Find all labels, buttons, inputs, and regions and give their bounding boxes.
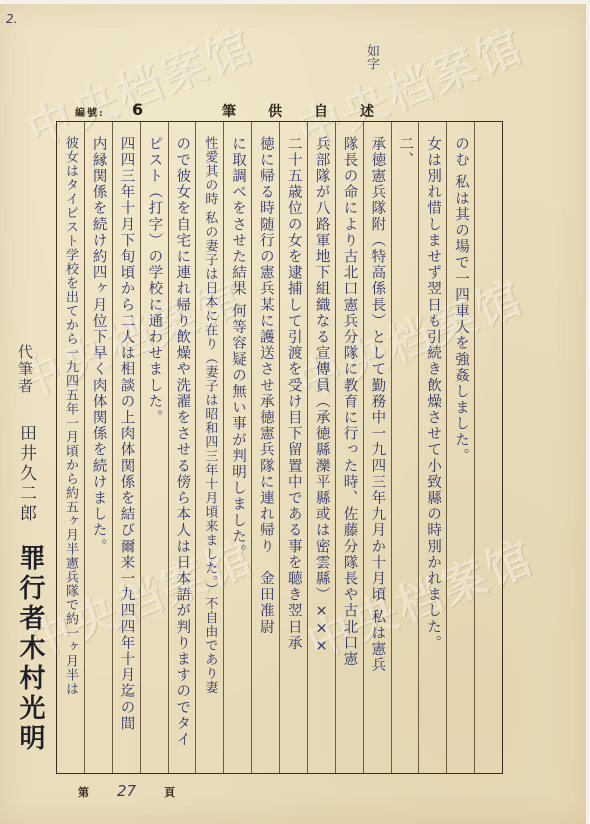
handwritten-line: 二、 [398,136,413,168]
footer-prefix: 第 [78,784,89,800]
manuscript-column: 女は別れ惜しませず翌日も引続き飲燥させて小致縣の時別かれました。 [418,122,446,773]
manuscript-column: 承徳憲兵隊附（特高係長）として勤務中一九四三年九月か十月頃 私は憲兵 [363,122,391,773]
footer-page-number: 27 [117,782,136,800]
handwritten-line: 四四三年十月下旬頃から二人は相談の上肉体関係を結び爾来一九四四年十月迄の間 [119,136,134,732]
proxy-writer-label: 代筆者 [15,344,36,395]
document-title: 筆 供 自 述 [222,101,374,121]
manuscript-column: 徳に帰る時随行の憲兵某に護送させ承徳憲兵隊に連れ帰り 金田准尉 [251,122,279,773]
document-page: 中央档案馆 中央档案馆 中央档案馆 中央档案馆 中央档案馆 中央档案馆 2. 如… [0,4,586,824]
manuscript-grid: のむ 私は其の場で一四車人を強姦しました。女は別れ惜しませず翌日も引続き飲燥させ… [56,121,503,774]
corner-page-number: 2. [6,12,17,26]
top-annotation: 如字 [362,44,381,70]
manuscript-column: 四四三年十月下旬頃から二人は相談の上肉体関係を結び爾来一九四四年十月迄の間 [112,122,140,773]
manuscript-column: 隊長の命により古北口憲兵分隊に教育に行った時、佐藤分隊長や古北口憲 [335,122,363,773]
handwritten-line: 性愛其の時 私の妻子は日本に在り（妻子は昭和四三年十月頃来ました。）不自由であり… [203,136,216,695]
manuscript-column: 彼女はタイピスト学校を出てから一九四五年一月頃から約五ヶ月半憲兵隊で約一ヶ月半は [57,122,84,773]
title-char: 述 [360,101,374,121]
manuscript-column: のむ 私は其の場で一四車人を強姦しました。 [446,122,474,773]
handwritten-line: 内縁関係を続け約四ヶ月位下早く肉体関係を続けました。 [91,136,106,555]
handwritten-line: ので彼女を自宅に連れ帰り飲燥や洗濯をさせる傍ら本人は日本語が判りますのでタイ [175,136,190,748]
manuscript-column: 性愛其の時 私の妻子は日本に在り（妻子は昭和四三年十月頃来ました。）不自由であり… [195,122,223,773]
title-char: 供 [268,101,282,121]
proxy-writer-name: 田井久二郎 [14,424,39,524]
handwritten-line: に取調べをさせた結果 何等容疑の無い事が判明しました。 [230,136,245,561]
handwritten-line: 二十五歳位の女を逮捕して引渡を受け目下留置中である事を聴き翌日承 [286,136,301,651]
manuscript-column: に取調べをさせた結果 何等容疑の無い事が判明しました。 [223,122,251,773]
handwritten-line: 兵部隊が八路軍地下組織なる宣傳員（承徳縣灤平縣或は密雲縣）××× [314,136,329,656]
perpetrator-signature: 罪行者木村光明 [12,544,49,754]
manuscript-column: 二、 [391,122,419,773]
handwritten-line: のむ 私は其の場で一四車人を強姦しました。 [453,136,468,464]
manuscript-column [474,122,502,773]
manuscript-column: 内縁関係を続け約四ヶ月位下早く肉体関係を続けました。 [84,122,112,773]
title-char: 筆 [222,101,236,121]
handwritten-line: ピスト（打字）の学校に通わせました。 [147,136,162,426]
footer-suffix: 頁 [164,784,175,800]
serial-number-label: 編號: [75,104,105,119]
handwritten-line: 隊長の命により古北口憲兵分隊に教育に行った時、佐藤分隊長や古北口憲 [342,136,357,667]
handwritten-line: 承徳憲兵隊附（特高係長）として勤務中一九四三年九月か十月頃 私は憲兵 [370,136,385,674]
handwritten-line: 徳に帰る時随行の憲兵某に護送させ承徳憲兵隊に連れ帰り 金田准尉 [258,136,273,635]
title-char: 自 [314,101,328,121]
manuscript-column: 二十五歳位の女を逮捕して引渡を受け目下留置中である事を聴き翌日承 [279,122,307,773]
manuscript-column: ので彼女を自宅に連れ帰り飲燥や洗濯をさせる傍ら本人は日本語が判りますのでタイ [168,122,196,773]
handwritten-line: 女は別れ惜しませず翌日も引続き飲燥させて小致縣の時別かれました。 [426,136,441,651]
serial-number-value: 6 [132,100,143,119]
manuscript-column: 兵部隊が八路軍地下組織なる宣傳員（承徳縣灤平縣或は密雲縣）××× [307,122,335,773]
page-footer: 第 27 頁 [78,782,175,800]
handwritten-line: 彼女はタイピスト学校を出てから一九四五年一月頃から約五ヶ月半憲兵隊で約一ヶ月半は [64,136,77,696]
manuscript-column: ピスト（打字）の学校に通わせました。 [140,122,168,773]
